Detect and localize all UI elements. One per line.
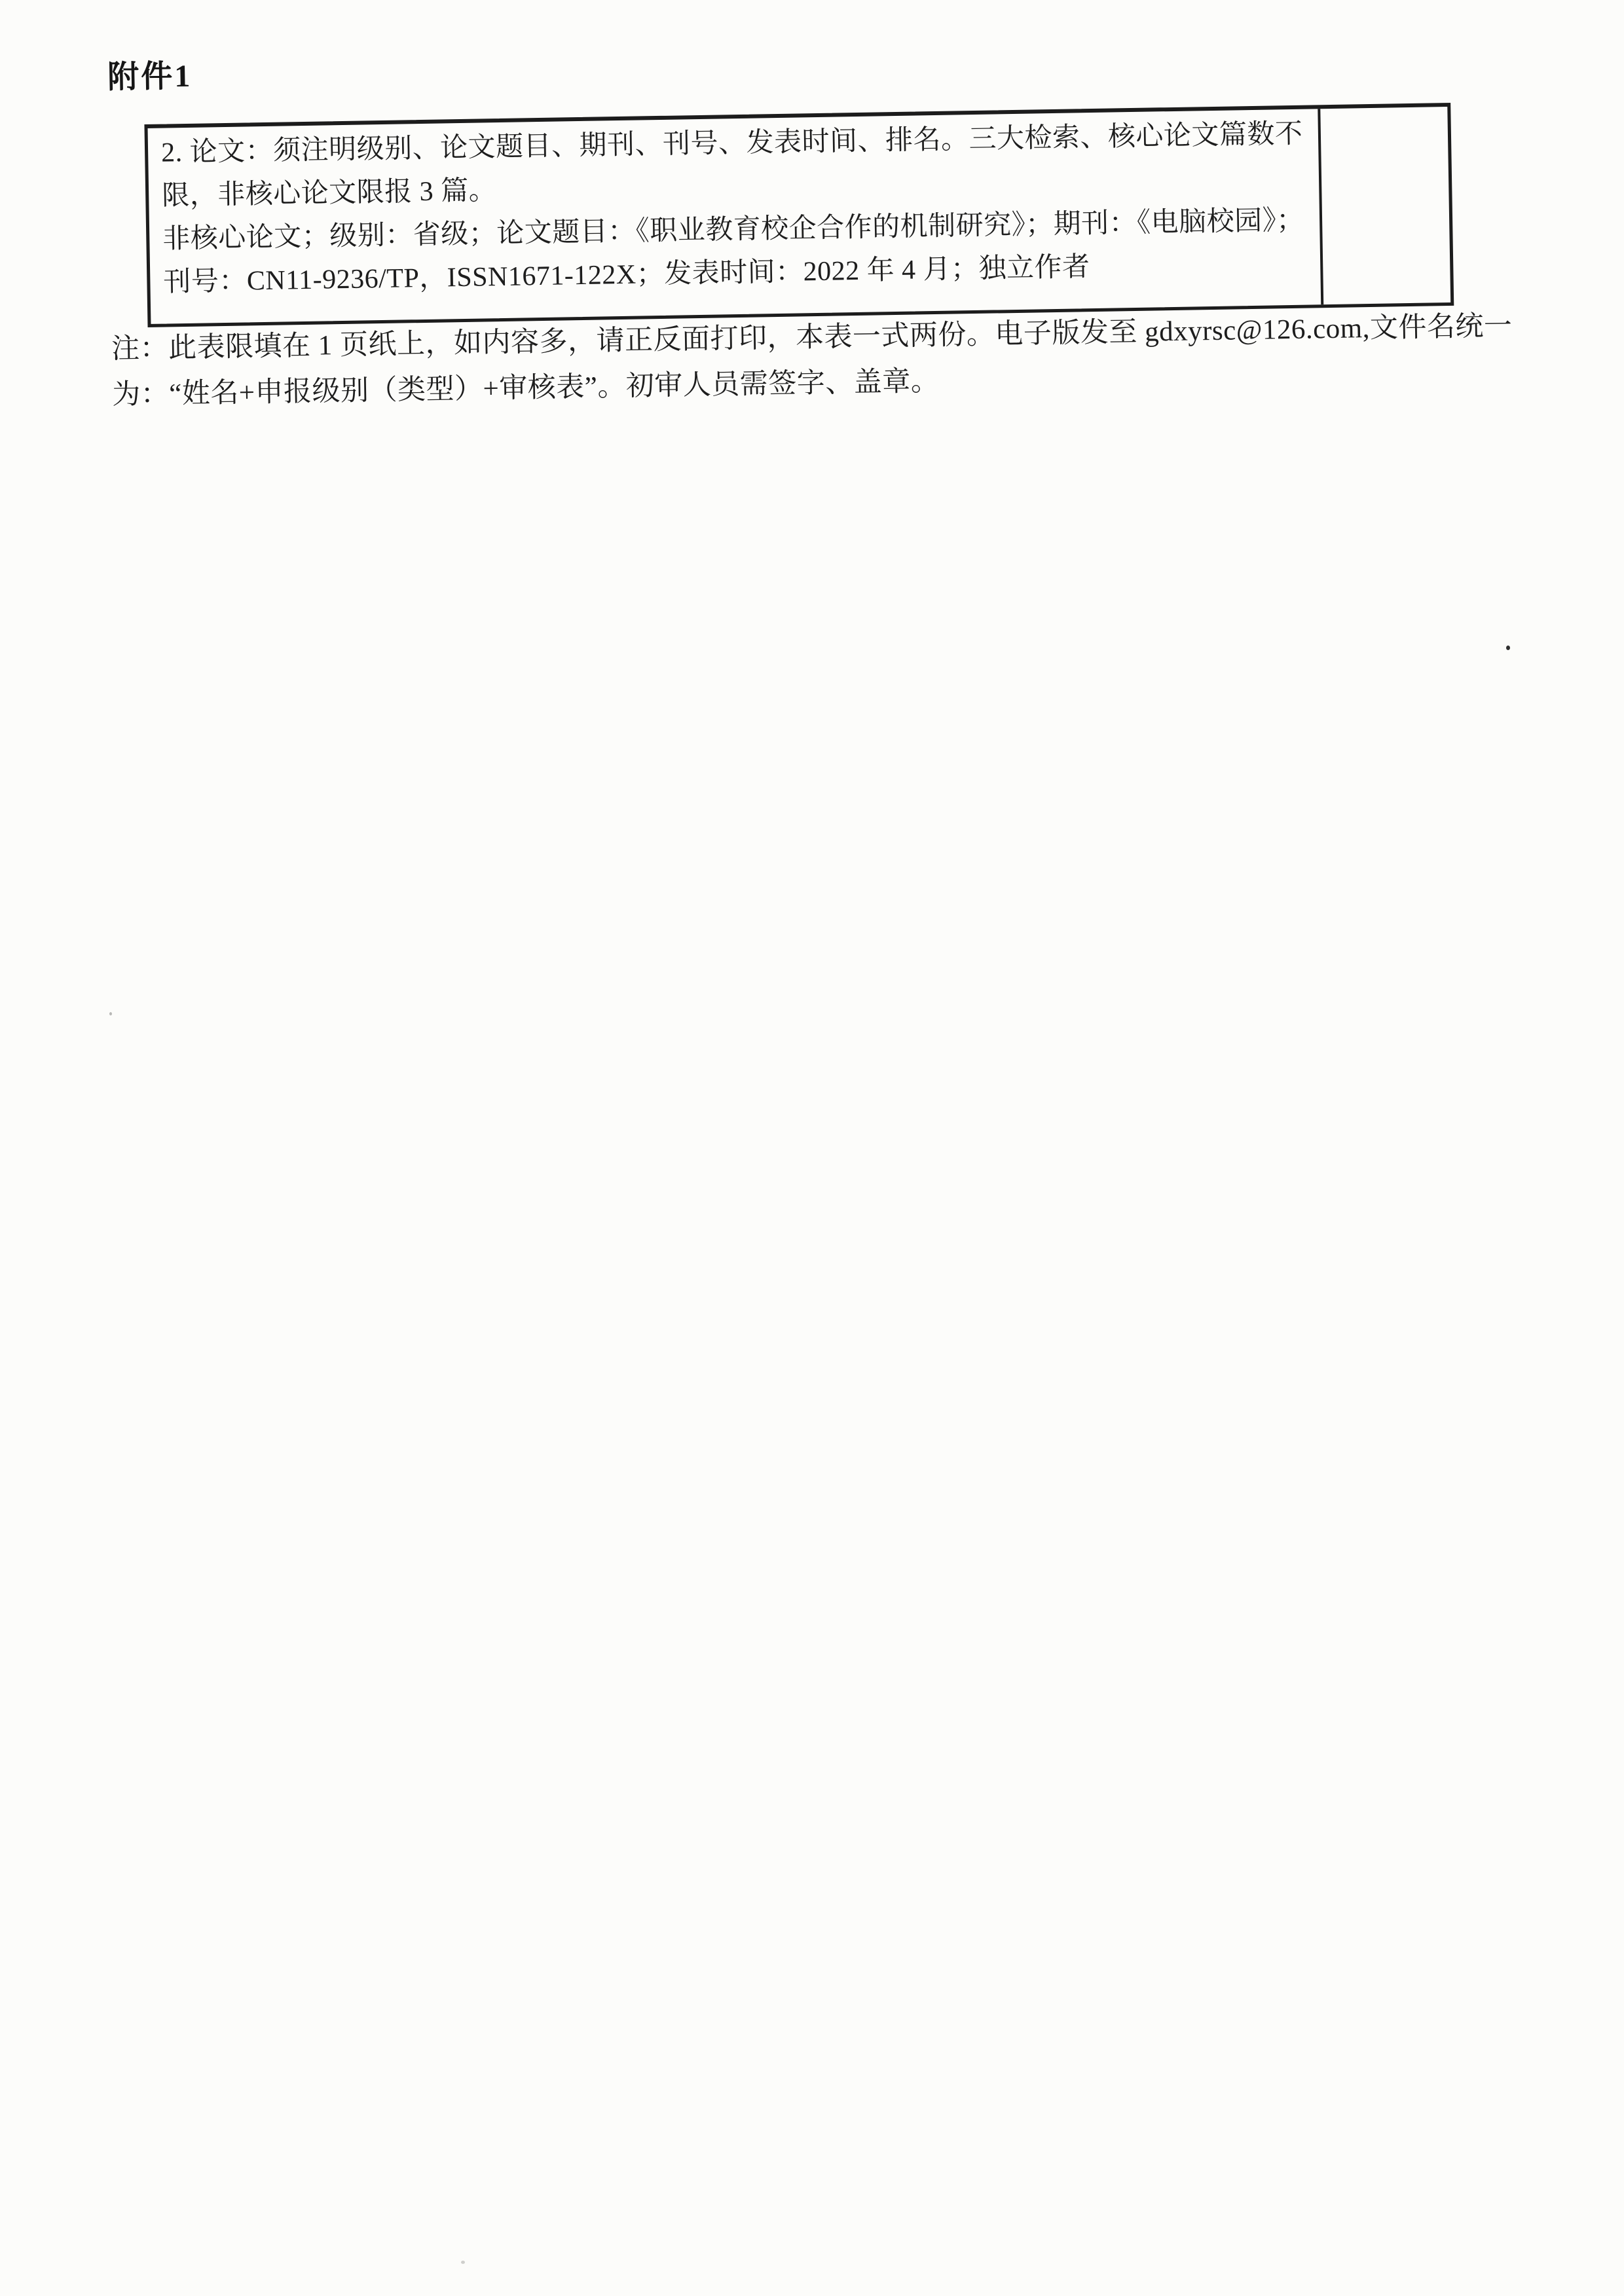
paper-info-cell: 2. 论文：须注明级别、论文题目、期刊、刊号、发表时间、排名。三大检索、核心论文…	[148, 109, 1321, 324]
review-table: 2. 论文：须注明级别、论文题目、期刊、刊号、发表时间、排名。三大检索、核心论文…	[144, 103, 1454, 327]
attachment-label: 附件1	[107, 50, 193, 97]
scan-speck	[461, 2261, 465, 2264]
document-page: 附件1 2. 论文：须注明级别、论文题目、期刊、刊号、发表时间、排名。三大检索、…	[0, 0, 1624, 2296]
scanned-document-content: 附件1 2. 论文：须注明级别、论文题目、期刊、刊号、发表时间、排名。三大检索、…	[0, 0, 1624, 2296]
empty-review-cell	[1318, 107, 1450, 304]
scan-speck	[109, 1012, 112, 1015]
scan-speck	[1506, 646, 1510, 650]
